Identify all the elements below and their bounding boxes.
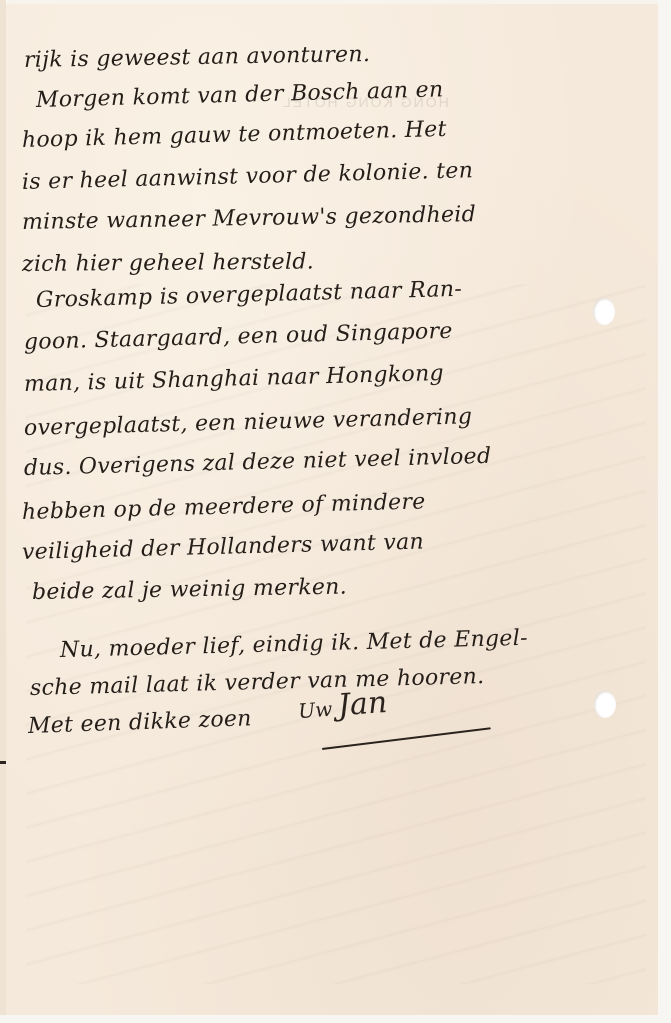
punch-hole-upper <box>593 298 615 325</box>
letter-line: zich hier geheel hersteld. <box>22 249 314 277</box>
signature-prefix: Uw <box>297 697 333 723</box>
signature-name: Jan <box>337 685 389 723</box>
punch-hole-lower <box>594 691 616 718</box>
edge-ink-mark <box>0 761 6 764</box>
signature: UwJan <box>297 685 388 726</box>
scan-bottom-margin <box>0 1015 671 1023</box>
scan-right-margin <box>658 0 671 1023</box>
